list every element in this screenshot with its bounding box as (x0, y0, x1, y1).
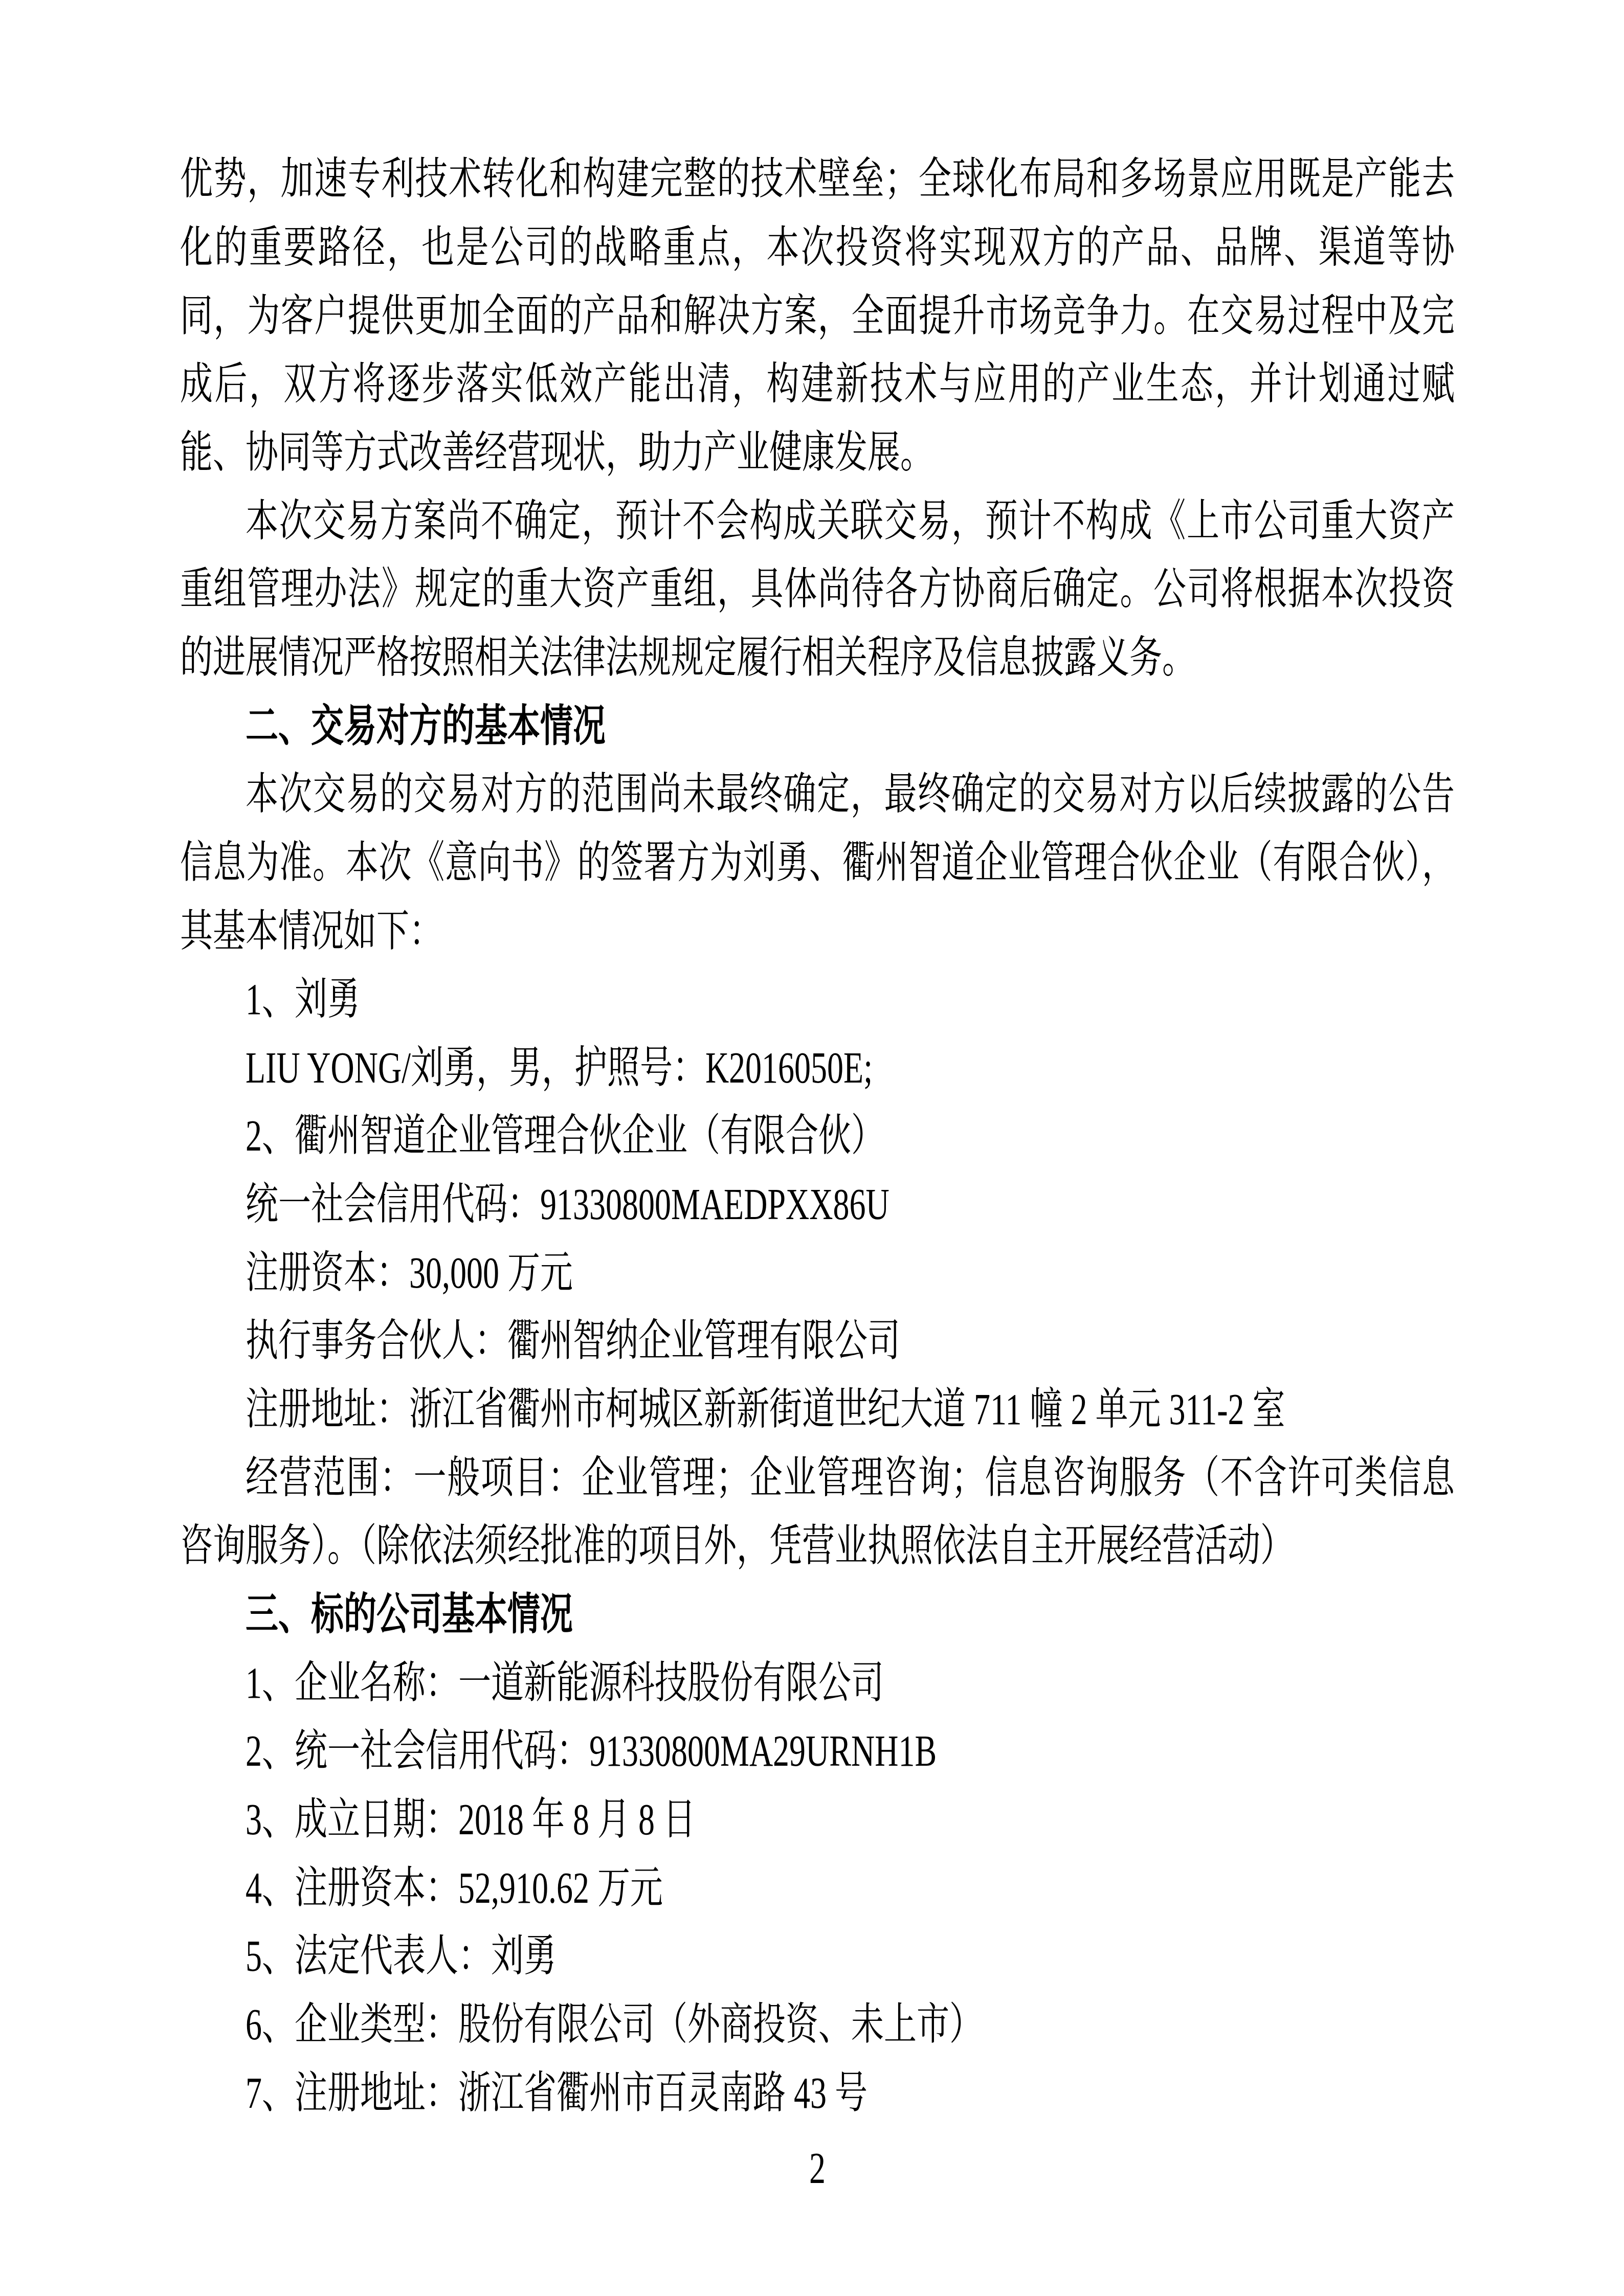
section-heading-counterparty-info: 二、交易对方的基本情况 (180, 692, 1455, 760)
item-company-legal-representative: 5、法定代表人：刘勇 (180, 1922, 1455, 1990)
para-investment-advantages-continued: 优势，加速专利技术转化和构建完整的技术壁垒；全球化布局和多场景应用既是产能去化的… (180, 145, 1455, 487)
para-transaction-plan-uncertain: 本次交易方案尚不确定，预计不会构成关联交易，预计不构成《上市公司重大资产重组管理… (180, 487, 1455, 692)
item-company-type: 6、企业类型：股份有限公司（外商投资、未上市） (180, 1990, 1455, 2059)
item-partnership-business-scope: 经营范围：一般项目：企业管理；企业管理咨询；信息咨询服务（不含许可类信息咨询服务… (180, 1444, 1455, 1580)
item-company-registered-address: 7、注册地址：浙江省衢州市百灵南路 43 号 (180, 2059, 1455, 2127)
item-liu-yong-passport: LIU YONG/刘勇，男，护照号：K2016050E; (180, 1033, 1455, 1102)
item-partnership-credit-code: 统一社会信用代码：91330800MAEDPXX86U (180, 1170, 1455, 1239)
item-company-credit-code: 2、统一社会信用代码：91330800MA29URNH1B (180, 1717, 1455, 1785)
section-heading-target-company-info: 三、标的公司基本情况 (180, 1580, 1455, 1649)
para-counterparty-scope: 本次交易的交易对方的范围尚未最终确定，最终确定的交易对方以后续披露的公告信息为准… (180, 760, 1455, 965)
item-partnership-name: 2、衢州智道企业管理合伙企业（有限合伙） (180, 1102, 1455, 1170)
item-company-registered-capital: 4、注册资本：52,910.62 万元 (180, 1854, 1455, 1922)
item-company-established-date: 3、成立日期：2018 年 8 月 8 日 (180, 1785, 1455, 1854)
item-partnership-registered-capital: 注册资本：30,000 万元 (180, 1239, 1455, 1307)
document-page: 优势，加速专利技术转化和构建完整的技术壁垒；全球化布局和多场景应用既是产能去化的… (180, 0, 1455, 2202)
item-partnership-registered-address: 注册地址：浙江省衢州市柯城区新新街道世纪大道 711 幢 2 单元 311-2 … (180, 1375, 1455, 1444)
page-number: 2 (180, 2134, 1455, 2202)
item-partnership-executive-partner: 执行事务合伙人：衢州智纳企业管理有限公司 (180, 1307, 1455, 1376)
item-company-name: 1、企业名称：一道新能源科技股份有限公司 (180, 1649, 1455, 1717)
item-liu-yong: 1、刘勇 (180, 965, 1455, 1033)
